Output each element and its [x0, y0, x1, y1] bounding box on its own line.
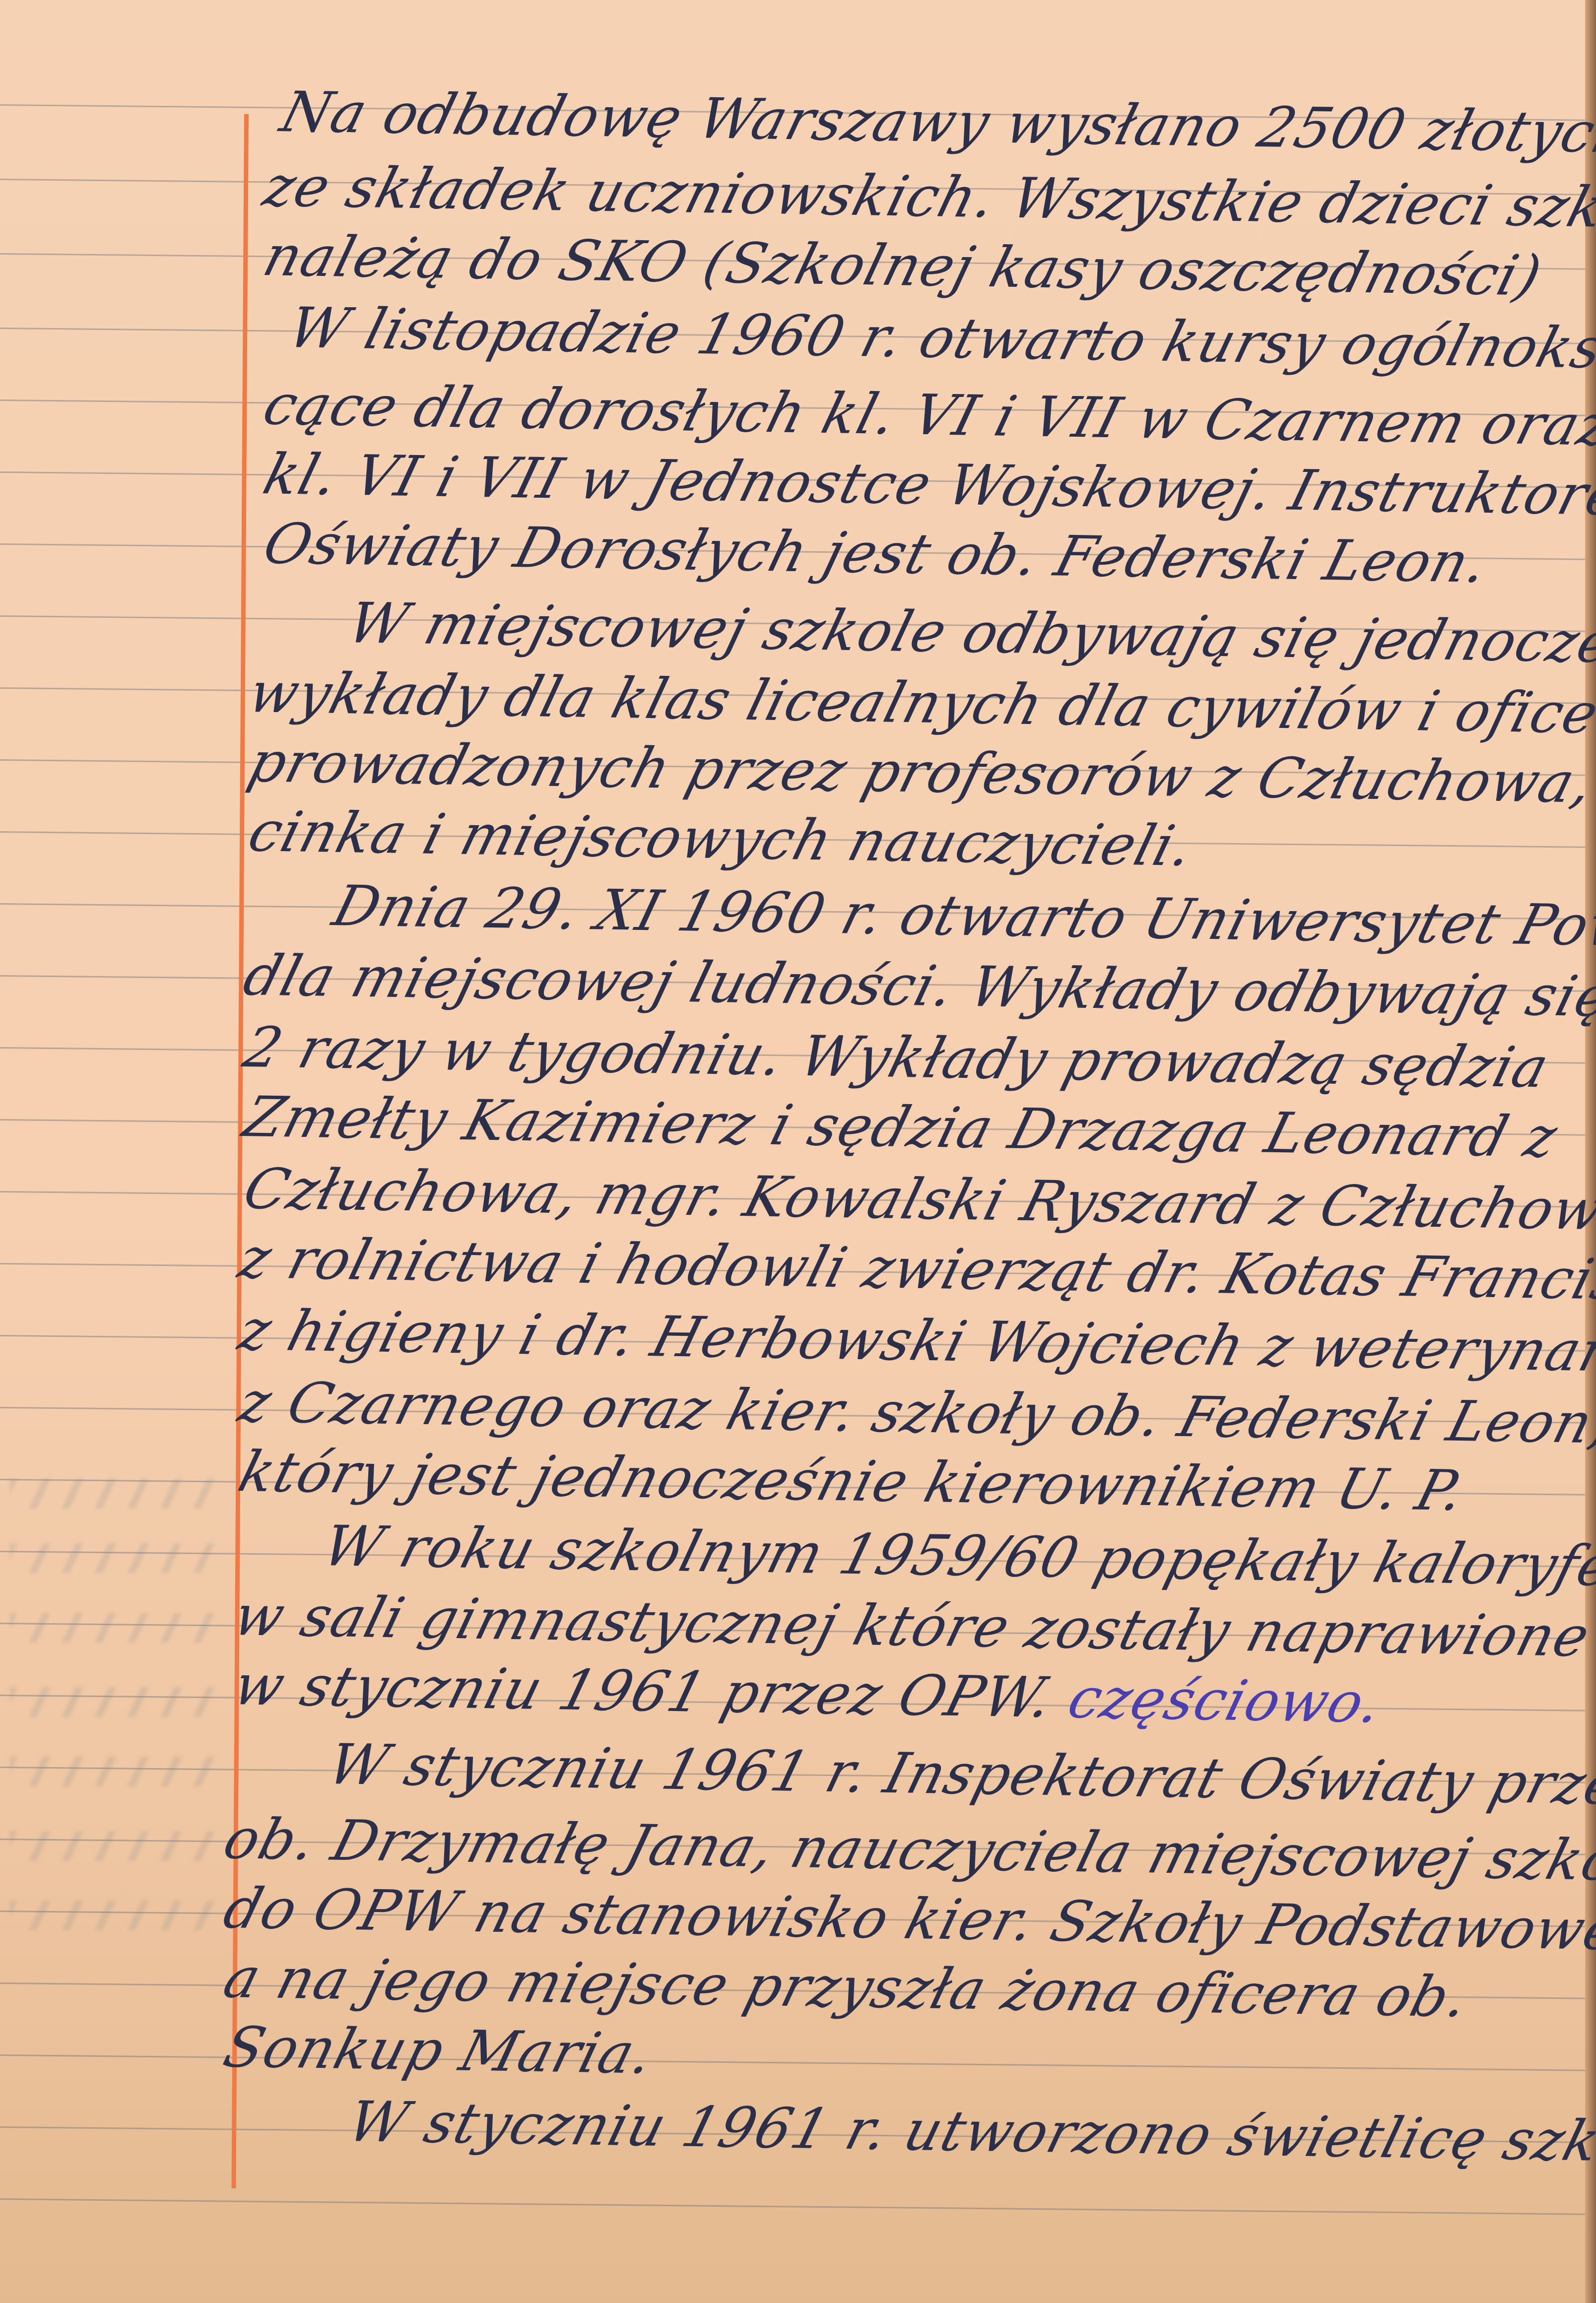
- text-line: Na odbudowę Warszawy wysłano 2500 złotyc…: [275, 84, 1596, 161]
- text-line: wykłady dla klas licealnych dla cywilów …: [243, 665, 1596, 744]
- text-line: do OPW na stanowisko kier. Szkoły Podsta…: [218, 1881, 1596, 1959]
- text-line: w sali gimnastycznej które zostały napra…: [228, 1588, 1596, 1665]
- text-line: ze składek uczniowskich. Wszystkie dziec…: [258, 159, 1596, 237]
- text-line: Dnia 29. XI 1960 r. otwarto Uniwersytet …: [328, 878, 1596, 958]
- text-line: w styczniu 1961 przez OPW. częściowo.: [228, 1657, 1388, 1731]
- text-line-blue-ink: częściowo.: [1062, 1666, 1389, 1736]
- text-line: W styczniu 1961 r. Inspektorat Oświaty p…: [323, 1737, 1596, 1815]
- text-line: Zmełty Kazimierz i sędzia Drzazga Leonar…: [238, 1089, 1563, 1166]
- text-line: z higieny i dr. Herbowski Wojciech z wet…: [233, 1303, 1596, 1381]
- text-line: 2 razy w tygodniu. Wykłady prowadzą sędz…: [238, 1020, 1555, 1096]
- bleed-through-marks: [10, 1901, 223, 1930]
- text-line: W listopadzie 1960 r. otwarto kursy ogól…: [283, 300, 1596, 379]
- rule-line: [0, 2198, 1585, 2215]
- text-line: W roku szkolnym 1959/60 popękały kaloryf…: [318, 1518, 1596, 1595]
- bleed-through-marks: [10, 1831, 223, 1861]
- text-line: W miejscowej szkole odbywają się jednocz…: [342, 595, 1596, 673]
- bleed-through-marks: [10, 1757, 223, 1786]
- bleed-through-marks: [10, 1479, 223, 1509]
- text-line: Sonkup Maria.: [218, 2020, 660, 2082]
- handwritten-page: Na odbudowę Warszawy wysłano 2500 złotyc…: [0, 0, 1596, 2303]
- text-line: cinka i miejscowych nauczycieli.: [243, 804, 1199, 874]
- text-line: a na jego miejsce przyszła żona oficera …: [218, 1950, 1474, 2025]
- text-line: W styczniu 1961 r. utworzono świetlicę s…: [342, 2094, 1596, 2171]
- text-line: Oświaty Dorosłych jest ob. Federski Leon…: [258, 516, 1494, 591]
- text-line: dla miejscowej ludności. Wykłady odbywaj…: [238, 948, 1596, 1025]
- text-line: ob. Drzymałę Jana, nauczyciela miejscowe…: [218, 1811, 1596, 1890]
- bleed-through-marks: [10, 1613, 223, 1643]
- text-line-main: w styczniu 1961 przez OPW.: [227, 1653, 1061, 1730]
- text-line: należą do SKO (Szkolnej kasy oszczędnośc…: [258, 228, 1547, 304]
- bleed-through-marks: [10, 1687, 223, 1717]
- text-line: Człuchowa, mgr. Kowalski Ryszard z Człuc…: [238, 1161, 1596, 1239]
- text-line: cące dla dorosłych kl. VI i VII w Czarne…: [258, 377, 1596, 454]
- text-line: który jest jednocześnie kierownikiem U. …: [233, 1444, 1470, 1519]
- text-line: z rolnictwa i hodowli zwierząt dr. Kotas…: [233, 1231, 1596, 1310]
- text-line: kl. VI i VII w Jednostce Wojskowej. Inst…: [258, 447, 1596, 525]
- text-line: z Czarnego oraz kier. szkoły ob. Federsk…: [233, 1375, 1596, 1452]
- bleed-through-marks: [10, 1543, 223, 1573]
